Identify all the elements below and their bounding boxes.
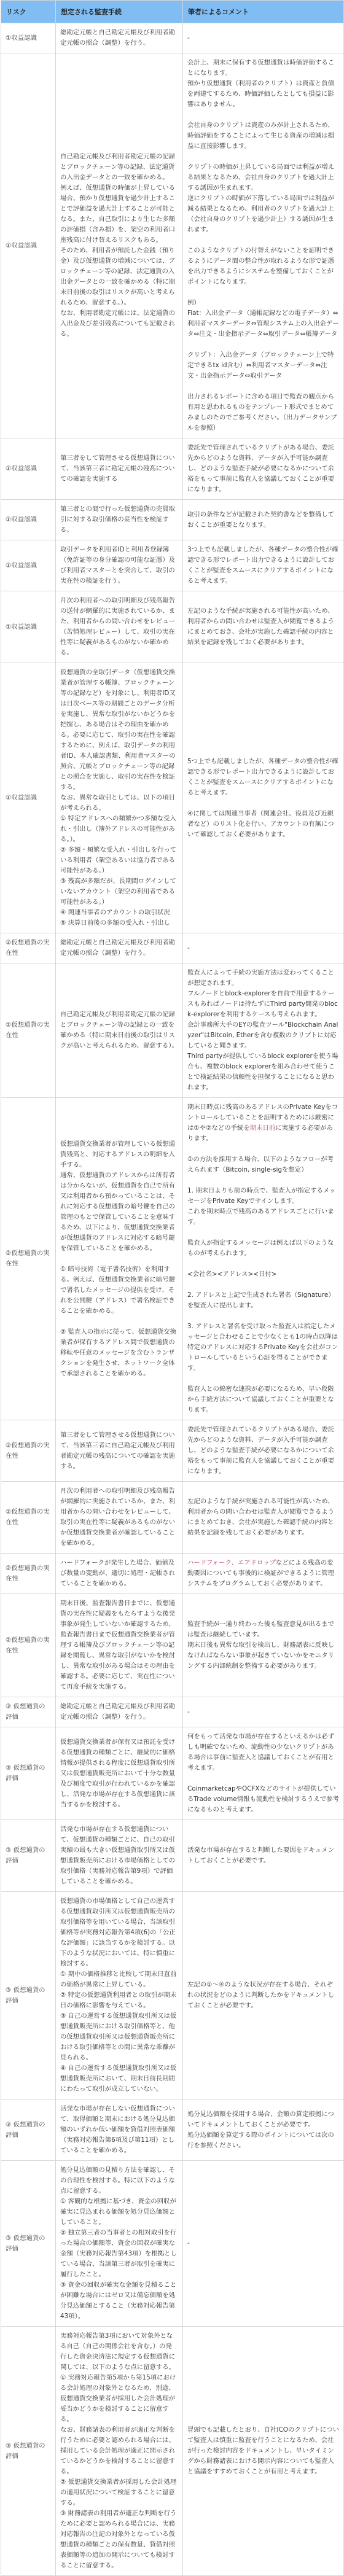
table-row: ③ 仮想通貨の評価 処分見込価額の見積り方法を確認し、その合理性を検討する。特に… [1, 2161, 344, 2327]
comment-cell: 活発な市場が存在すると判断した要因をドキュメントしておくことが必要です。 [183, 1820, 344, 1892]
table-row: ①収益認識 総勘定元帳と自己勘定元帳及び利用者勘定元帳の照合（調整）を行う。 - [1, 23, 344, 53]
procedure-cell: 活発な市場が存在しない仮想通貨について、取得価額と期末における処分見込価額のいず… [56, 2099, 183, 2161]
risk-cell: ①収益認識 [1, 500, 56, 540]
table-row: ②仮想通貨の実在性 期末日後、監査報告書日までに、仮想通貨の実在性に疑義をもたら… [1, 1594, 344, 1697]
table-row: ③ 仮想通貨の評価 総勘定元帳と自己勘定元帳及び利用者勘定元帳の照合（調整）を行… [1, 1697, 344, 1727]
risk-cell: ③ 仮想通貨の評価 [1, 1697, 56, 1727]
table-body: ①収益認識 総勘定元帳と自己勘定元帳及び利用者勘定元帳の照合（調整）を行う。 -… [1, 23, 344, 2576]
table-row: ③ 仮想通貨の評価 活発な市場が存在する仮想通貨について、仮想通貨の種類ごとに、… [1, 1820, 344, 1892]
risk-cell: ②仮想通貨の実在性 [1, 1482, 56, 1554]
comment-cell: 5つ上でも記載しましたが、各種データの整合性が確認できる形でレポート出力できるよ… [183, 663, 344, 933]
risk-cell: ①収益認識 [1, 591, 56, 663]
risk-cell: ①収益認識 [1, 23, 56, 53]
audit-procedures-table: リスク 想定される監査手続 筆者によるコメント ①収益認識 総勘定元帳と自己勘定… [1, 0, 344, 2576]
risk-cell: ①収益認識 [1, 53, 56, 438]
table-row: ①収益認識 第三者との間で行った仮想通貨の売買取引に対する取引価格の妥当性を検証… [1, 500, 344, 540]
table-row: ③ 仮想通貨の評価 活発な市場が存在しない仮想通貨について、取得価額と期末におけ… [1, 2099, 344, 2161]
table-row: ①収益認識 取引データを利用者IDと利用者登録簿（免許証等の身分確認の可能な証憑… [1, 540, 344, 591]
procedure-cell: 第三者をして管理させる仮想通貨について、当該第三者に勘定元帳の残高についての確認… [56, 438, 183, 500]
header-comment: 筆者によるコメント [183, 1, 344, 23]
highlighted-text: ハードフォーク、エアドロップ [187, 1559, 276, 1566]
comment-text: に実施する必要があります。 ①の方法を採用する場合、以下のようなフローが考えられ… [187, 1124, 338, 1414]
risk-cell: ③ 仮想通貨の評価 [1, 1820, 56, 1892]
comment-cell: 委託先で管理されているクリプトがある場合、委託先からどのような資料、データが入手… [183, 1420, 344, 1482]
procedure-cell: 自己勘定元帳及び利用者勘定元帳の記録とブロックチェーン等の記録、法定通貨の入出金… [56, 53, 183, 438]
risk-cell: ③ 仮想通貨の評価 [1, 1892, 56, 2099]
comment-cell: 取引の条件などが記載された契約書などを整備しておくことが重要となります。 [183, 500, 344, 540]
risk-cell: ③ 仮想通貨の評価 [1, 1727, 56, 1820]
comment-cell: 監査手続が一通り終わった後も監査意見が出るまでは監査は継続しています。 期末日後… [183, 1594, 344, 1697]
comment-cell: 会計上、期末に保有する仮想通貨は時価評価することになります。 預かり仮想通貨（利… [183, 53, 344, 438]
comment-cell: - [183, 2161, 344, 2327]
risk-cell: ①収益認識 [1, 438, 56, 500]
procedure-cell: 月次の利用者への取引明細及び残高報告の送付が網羅的に実施されているか、また、利用… [56, 591, 183, 663]
procedure-cell: 自己勘定元帳及び利用者勘定元帳の記録とブロックチェーン等の記録との一致を確かめる… [56, 963, 183, 1098]
table-row: ③ 仮想通貨の評価 仮想通貨交換業者が保有又は預託を受ける仮想通貨の種類ごとに、… [1, 1727, 344, 1820]
comment-cell: 監査人によって手続の実施方法は変わってくることが想定されます。 フルノードとbl… [183, 963, 344, 1098]
table-header-row: リスク 想定される監査手続 筆者によるコメント [1, 1, 344, 23]
procedure-cell: 総勘定元帳と自己勘定元帳及び利用者勘定元帳の照合（調整）を行う。 [56, 933, 183, 963]
table-row: ①収益認識 第三者をして管理させる仮想通貨について、当該第三者に勘定元帳の残高に… [1, 438, 344, 500]
procedure-cell: 実務対応報告第3項において対象外となる自己（自己の関係会社を含む。）の発行した資… [56, 2327, 183, 2576]
risk-cell: ①収益認識 [1, 663, 56, 933]
comment-cell: 3つ上でも記載しましたが、各種データの整合性が確認できる形でレポート出力できるよ… [183, 540, 344, 591]
procedure-cell: 活発な市場が存在する仮想通貨について、仮想通貨の種類ごとに、自己の取引実績の最も… [56, 1820, 183, 1892]
table-row: ③ 仮想通貨の評価 実務対応報告第3項において対象外となる自己（自己の関係会社を… [1, 2327, 344, 2576]
procedure-cell: 仮想通貨交換業者が保有又は預託を受ける仮想通貨の種類ごとに、継続的に価格情報が提… [56, 1727, 183, 1820]
procedure-cell: 月次の利用者への取引明細及び残高報告が網羅的に実施されているか、また、利用者から… [56, 1482, 183, 1554]
comment-cell: 左記のような手続が実施される可能性が高いため、利用者からの問い合わせは監査人が閲… [183, 1482, 344, 1554]
comment-cell: 冒頭でも記載したとおり、自社ICOのクリプトについて監査人は慎重に監査を行うこと… [183, 2327, 344, 2576]
risk-cell: ②仮想通貨の実在性 [1, 1594, 56, 1697]
comment-cell: 何をもって活発な市場が存在するといえるかは必ずしも明確でないため、流動性の少ない… [183, 1727, 344, 1820]
comment-cell: 左記のような手続が実施される可能性が高いため、利用者からの問い合わせは監査人が閲… [183, 591, 344, 663]
risk-cell: ③ 仮想通貨の評価 [1, 2099, 56, 2161]
risk-cell: ②仮想通貨の実在性 [1, 933, 56, 963]
table-row: ①収益認識 仮想通貨の全取引データ（仮想通貨交換業者が管理する帳簿、ブロックチェ… [1, 663, 344, 933]
risk-cell: ①収益認識 [1, 540, 56, 591]
table-row: ①収益認識 月次の利用者への取引明細及び残高報告の送付が網羅的に実施されているか… [1, 591, 344, 663]
risk-cell: ③ 仮想通貨の評価 [1, 2161, 56, 2327]
table-row: ②仮想通貨の実在性 総勘定元帳と自己勘定元帳及び利用者勘定元帳の照合（調整）を行… [1, 933, 344, 963]
comment-cell: ハードフォーク、エアドロップなどによる残高の変動要因についても事後的に検証ができ… [183, 1554, 344, 1594]
table-row: ①収益認識 自己勘定元帳及び利用者勘定元帳の記録とブロックチェーン等の記録、法定… [1, 53, 344, 438]
comment-cell: - [183, 23, 344, 53]
table-row: ②仮想通貨の実在性 仮想通貨交換業者が管理している仮想通貨残高と、対応するアドレ… [1, 1098, 344, 1420]
table-row: ②仮想通貨の実在性 自己勘定元帳及び利用者勘定元帳の記録とブロックチェーン等の記… [1, 963, 344, 1098]
procedure-cell: 仮想通貨の市場価格として自己の運営する仮想通貨取引所又は仮想通貨販売所の取引価格… [56, 1892, 183, 2099]
procedure-cell: 仮想通貨の全取引データ（仮想通貨交換業者が管理する帳簿、ブロックチェーン等の記録… [56, 663, 183, 933]
procedure-cell: 処分見込価額の見積り方法を確認し、その合理性を検討する。特に以下のような点に留意… [56, 2161, 183, 2327]
comment-cell: 処分見込価額を採用する場合、金額の算定根拠についてドキュメントしておくことが必要… [183, 2099, 344, 2161]
procedure-cell: 期末日後、監査報告書日までに、仮想通貨の実在性に疑義をもたらすような後発事象が発… [56, 1594, 183, 1697]
procedure-cell: 第三者との間で行った仮想通貨の売買取引に対する取引価格の妥当性を検証する。 [56, 500, 183, 540]
comment-cell: - [183, 933, 344, 963]
risk-cell: ③ 仮想通貨の評価 [1, 2327, 56, 2576]
highlighted-text: 期末日前 [250, 1124, 276, 1132]
risk-cell: ②仮想通貨の実在性 [1, 1554, 56, 1594]
table-row: ③ 仮想通貨の評価 仮想通貨の市場価格として自己の運営する仮想通貨取引所又は仮想… [1, 1892, 344, 2099]
risk-cell: ②仮想通貨の実在性 [1, 1098, 56, 1420]
header-risk: リスク [1, 1, 56, 23]
table-row: ②仮想通貨の実在性 月次の利用者への取引明細及び残高報告が網羅的に実施されている… [1, 1482, 344, 1554]
procedure-cell: 第三者をして管理させる仮想通貨について、当該第三者に自己勘定元帳及び利用者勘定元… [56, 1420, 183, 1482]
table-row: ②仮想通貨の実在性 ハードフォークが発生した場合、価値及び数量の変動が、適切に処… [1, 1554, 344, 1594]
comment-cell: 期末日時点に残高のあるアドレスのPrivate Keyをコントロールしていること… [183, 1098, 344, 1420]
procedure-cell: 取引データを利用者IDと利用者登録簿（免許証等の身分確認の可能な証憑）及び利用者… [56, 540, 183, 591]
comment-cell: 委託先で管理されているクリプトがある場合、委託先からどのような資料、データが入手… [183, 438, 344, 500]
comment-cell: 左記の①〜④のような状況が存在する場合、それぞれの状況をどのように判断したかをド… [183, 1892, 344, 2099]
comment-cell: - [183, 1697, 344, 1727]
procedure-cell: ハードフォークが発生した場合、価値及び数量の変動が、適切に処理・記帳されているこ… [56, 1554, 183, 1594]
procedure-cell: 仮想通貨交換業者が管理している仮想通貨残高と、対応するアドレスの明細を入手する。… [56, 1098, 183, 1420]
risk-cell: ②仮想通貨の実在性 [1, 1420, 56, 1482]
table-row: ②仮想通貨の実在性 第三者をして管理させる仮想通貨について、当該第三者に自己勘定… [1, 1420, 344, 1482]
header-procedure: 想定される監査手続 [56, 1, 183, 23]
risk-cell: ②仮想通貨の実在性 [1, 963, 56, 1098]
procedure-cell: 総勘定元帳と自己勘定元帳及び利用者勘定元帳の照合（調整）を行う。 [56, 1697, 183, 1727]
procedure-cell: 総勘定元帳と自己勘定元帳及び利用者勘定元帳の照合（調整）を行う。 [56, 23, 183, 53]
